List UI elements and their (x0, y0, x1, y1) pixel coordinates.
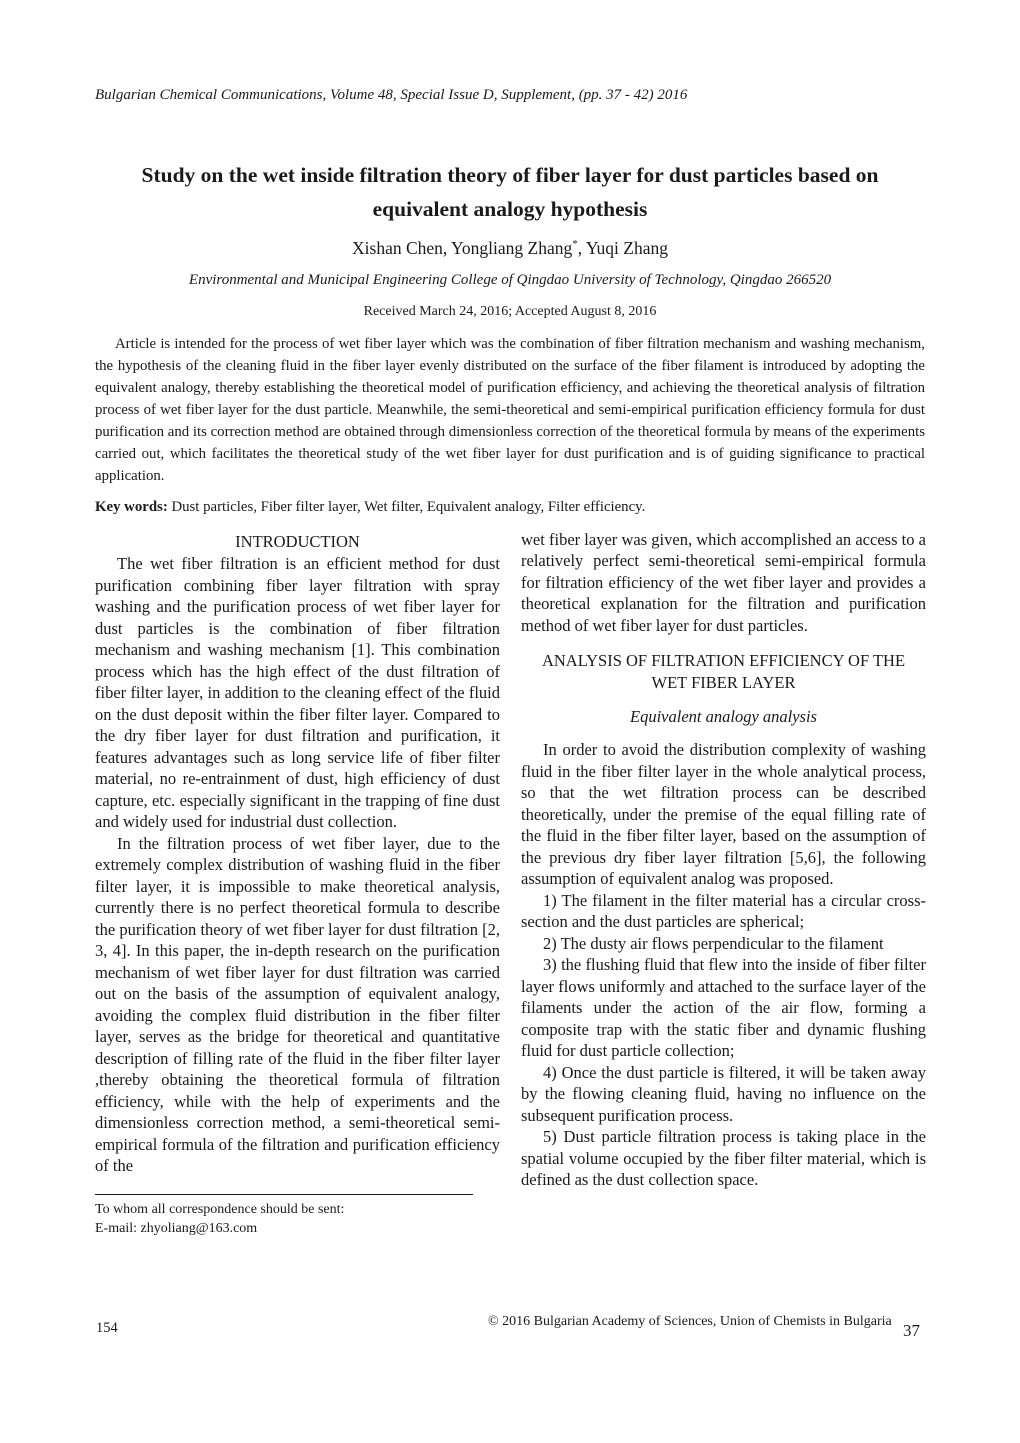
assumption-item-2: 2) The dusty air flows perpendicular to … (521, 933, 926, 955)
introduction-paragraph-continuation: wet fiber layer was given, which accompl… (521, 529, 926, 637)
keywords-line: Key words: Dust particles, Fiber filter … (95, 498, 925, 516)
left-column: INTRODUCTION The wet fiber filtration is… (95, 529, 500, 1238)
authors-names-tail: , Yuqi Zhang (578, 238, 668, 258)
journal-running-head: Bulgarian Chemical Communications, Volum… (95, 86, 925, 104)
introduction-paragraph-1: The wet fiber filtration is an efficient… (95, 553, 500, 833)
keywords-label: Key words: (95, 499, 168, 515)
author-line: Xishan Chen, Yongliang Zhang*, Yuqi Zhan… (95, 232, 925, 260)
analysis-subheading: Equivalent analogy analysis (521, 706, 926, 727)
introduction-paragraph-2: In the filtration process of wet fiber l… (95, 833, 500, 1177)
analysis-section-heading: ANALYSIS OF FILTRATION EFFICIENCY OF THE… (539, 650, 908, 693)
page-number-left: 154 (96, 1320, 118, 1337)
assumption-item-1: 1) The filament in the filter material h… (521, 890, 926, 933)
assumption-item-3: 3) the flushing fluid that flew into the… (521, 954, 926, 1062)
affiliation: Environmental and Municipal Engineering … (95, 271, 925, 290)
keywords-text: Dust particles, Fiber filter layer, Wet … (168, 499, 646, 515)
authors-names: Xishan Chen, Yongliang Zhang (352, 238, 572, 258)
footnote-email: E-mail: zhyoliang@163.com (95, 1219, 500, 1238)
page-number-right: 37 (903, 1321, 920, 1341)
right-column: wet fiber layer was given, which accompl… (521, 529, 926, 1238)
footnote-divider (95, 1194, 473, 1195)
introduction-heading: INTRODUCTION (95, 531, 500, 553)
correspondence-footnote: To whom all correspondence should be sen… (95, 1194, 500, 1238)
footnote-line-1: To whom all correspondence should be sen… (95, 1200, 500, 1219)
assumption-item-4: 4) Once the dust particle is filtered, i… (521, 1062, 926, 1127)
abstract: Article is intended for the process of w… (95, 333, 925, 487)
received-accepted-line: Received March 24, 2016; Accepted August… (95, 303, 925, 320)
two-column-body: INTRODUCTION The wet fiber filtration is… (95, 529, 925, 1238)
analysis-paragraph-1: In order to avoid the distribution compl… (521, 739, 926, 890)
assumption-item-5: 5) Dust particle filtration process is t… (521, 1126, 926, 1191)
copyright-line: © 2016 Bulgarian Academy of Sciences, Un… (488, 1314, 892, 1330)
article-title: Study on the wet inside filtration theor… (95, 158, 925, 226)
paper-page: Bulgarian Chemical Communications, Volum… (0, 0, 1020, 1443)
